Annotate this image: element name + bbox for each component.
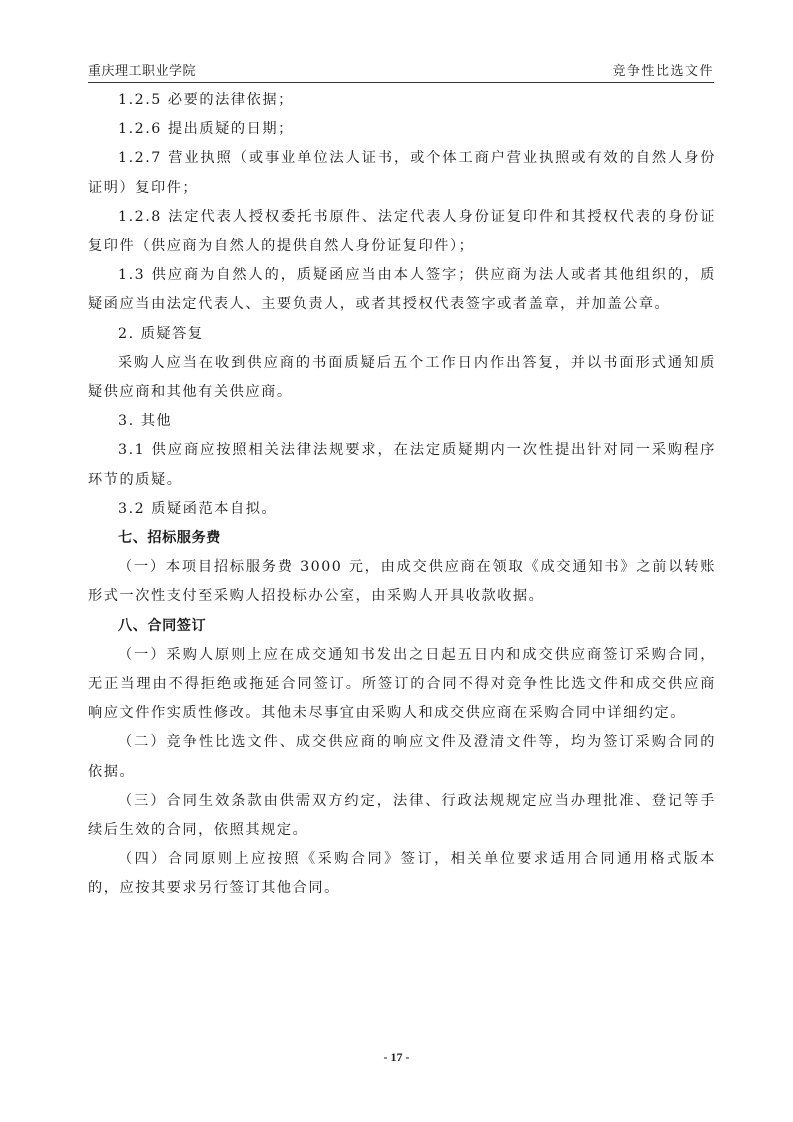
paragraph-3-1: 3.1 供应商应按照相关法律法规要求，在法定质疑期内一次性提出针对同一采购程序环… [88, 436, 716, 494]
page-header: 重庆理工职业学院 竞争性比选文件 [88, 62, 714, 83]
document-body: 1.2.5 必要的法律依据； 1.2.6 提出质疑的日期； 1.2.7 营业执照… [88, 86, 716, 904]
paragraph-1-2-6: 1.2.6 提出质疑的日期； [88, 115, 716, 144]
paragraph-1-2-5: 1.2.5 必要的法律依据； [88, 86, 716, 115]
header-institution: 重庆理工职业学院 [88, 60, 196, 79]
section-heading-contract-signing: 八、合同签订 [88, 612, 716, 641]
paragraph-3-2: 3.2 质疑函范本自拟。 [88, 495, 716, 524]
paragraph-contract-1: （一）采购人原则上应在成交通知书发出之日起五日内和成交供应商签订采购合同，无正当… [88, 641, 716, 729]
section-2-title: 2. 质疑答复 [88, 320, 716, 349]
paragraph-1-2-8: 1.2.8 法定代表人授权委托书原件、法定代表人身份证复印件和其授权代表的身份证… [88, 203, 716, 261]
paragraph-contract-3: （三）合同生效条款由供需双方约定，法律、行政法规规定应当办理批准、登记等手续后生… [88, 787, 716, 845]
paragraph-service-fee-1: （一）本项目招标服务费 3000 元，由成交供应商在领取《成交通知书》之前以转账… [88, 553, 716, 611]
section-3-title: 3. 其他 [88, 407, 716, 436]
paragraph-contract-2: （二）竞争性比选文件、成交供应商的响应文件及澄清文件等，均为签订采购合同的依据。 [88, 728, 716, 786]
paragraph-contract-4: （四）合同原则上应按照《采购合同》签订，相关单位要求适用合同通用格式版本的，应按… [88, 845, 716, 903]
paragraph-2-body: 采购人应当在收到供应商的书面质疑后五个工作日内作出答复，并以书面形式通知质疑供应… [88, 349, 716, 407]
paragraph-1-3: 1.3 供应商为自然人的，质疑函应当由本人签字；供应商为法人或者其他组织的，质疑… [88, 261, 716, 319]
page-number: - 17 - [0, 1050, 793, 1065]
paragraph-1-2-7: 1.2.7 营业执照（或事业单位法人证书，或个体工商户营业执照或有效的自然人身份… [88, 144, 716, 202]
header-document-type: 竞争性比选文件 [612, 60, 714, 79]
section-heading-service-fee: 七、招标服务费 [88, 524, 716, 553]
